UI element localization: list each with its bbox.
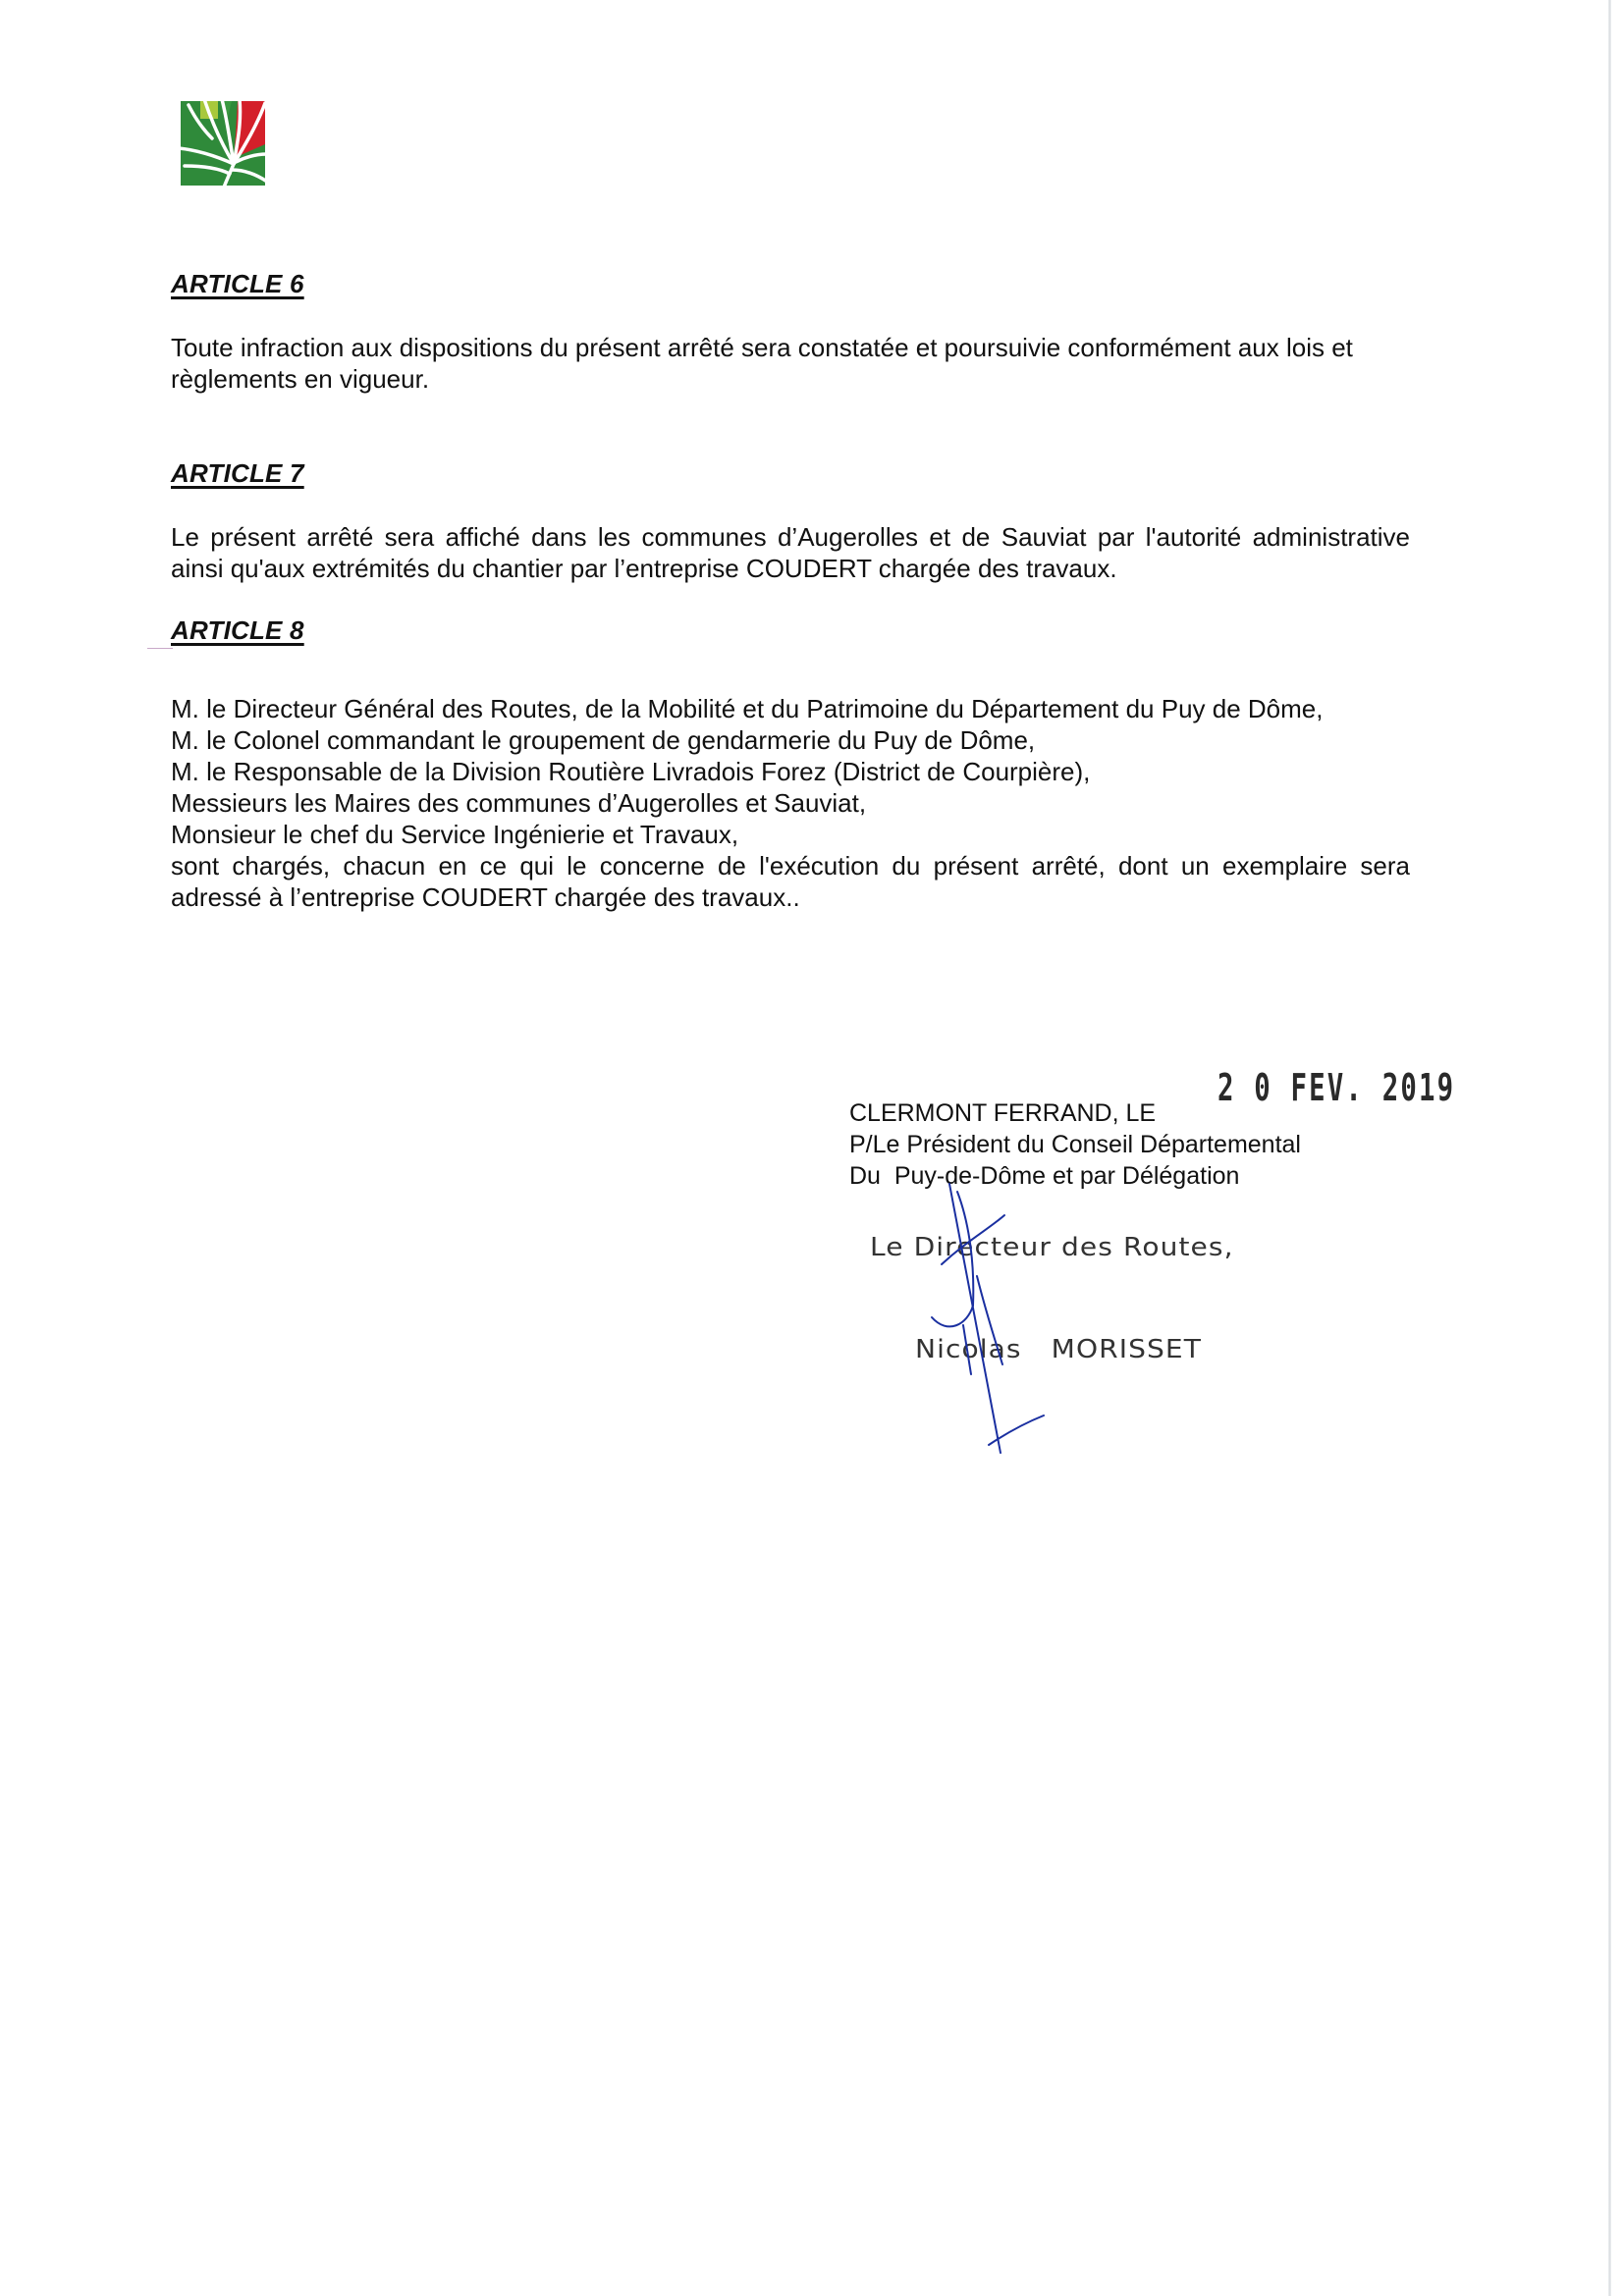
president-line: P/Le Président du Conseil Départemental bbox=[849, 1129, 1301, 1160]
article-6-heading: ARTICLE 6 bbox=[171, 269, 304, 299]
article-7-text: Le présent arrêté sera affiché dans les … bbox=[171, 521, 1410, 584]
conseil-departemental-logo bbox=[179, 95, 269, 205]
execution-clause-line: adressé à l’entreprise COUDERT chargée d… bbox=[171, 881, 1410, 913]
delegation-line: Du Puy-de-Dôme et par Délégation bbox=[849, 1160, 1301, 1192]
handwritten-signature-icon bbox=[918, 1178, 1095, 1472]
signer-name: Nicolas MORISSET bbox=[915, 1335, 1202, 1364]
addressee-line: M. le Directeur Général des Routes, de l… bbox=[171, 693, 1410, 724]
addressee-line: Messieurs les Maires des communes d’Auge… bbox=[171, 787, 1410, 819]
signature-block: CLERMONT FERRAND, LE P/Le Président du C… bbox=[849, 1097, 1301, 1192]
addressee-line: M. le Responsable de la Division Routièr… bbox=[171, 756, 1410, 787]
article-8-text: M. le Directeur Général des Routes, de l… bbox=[171, 693, 1410, 913]
addressee-line: M. le Colonel commandant le groupement d… bbox=[171, 724, 1410, 756]
leaf-logo-icon bbox=[179, 95, 269, 205]
article-7-heading: ARTICLE 7 bbox=[171, 458, 304, 489]
place-line: CLERMONT FERRAND, LE bbox=[849, 1097, 1301, 1129]
article-8-heading: ARTICLE 8 bbox=[171, 615, 304, 646]
execution-clause-line: sont chargés, chacun en ce qui le concer… bbox=[171, 850, 1410, 881]
margin-mark bbox=[147, 648, 173, 649]
scan-edge-artifact bbox=[1608, 0, 1611, 2296]
signer-title: Le Directeur des Routes, bbox=[870, 1233, 1234, 1262]
article-6-text: Toute infraction aux dispositions du pré… bbox=[171, 332, 1410, 395]
addressee-line: Monsieur le chef du Service Ingénierie e… bbox=[171, 819, 1410, 850]
